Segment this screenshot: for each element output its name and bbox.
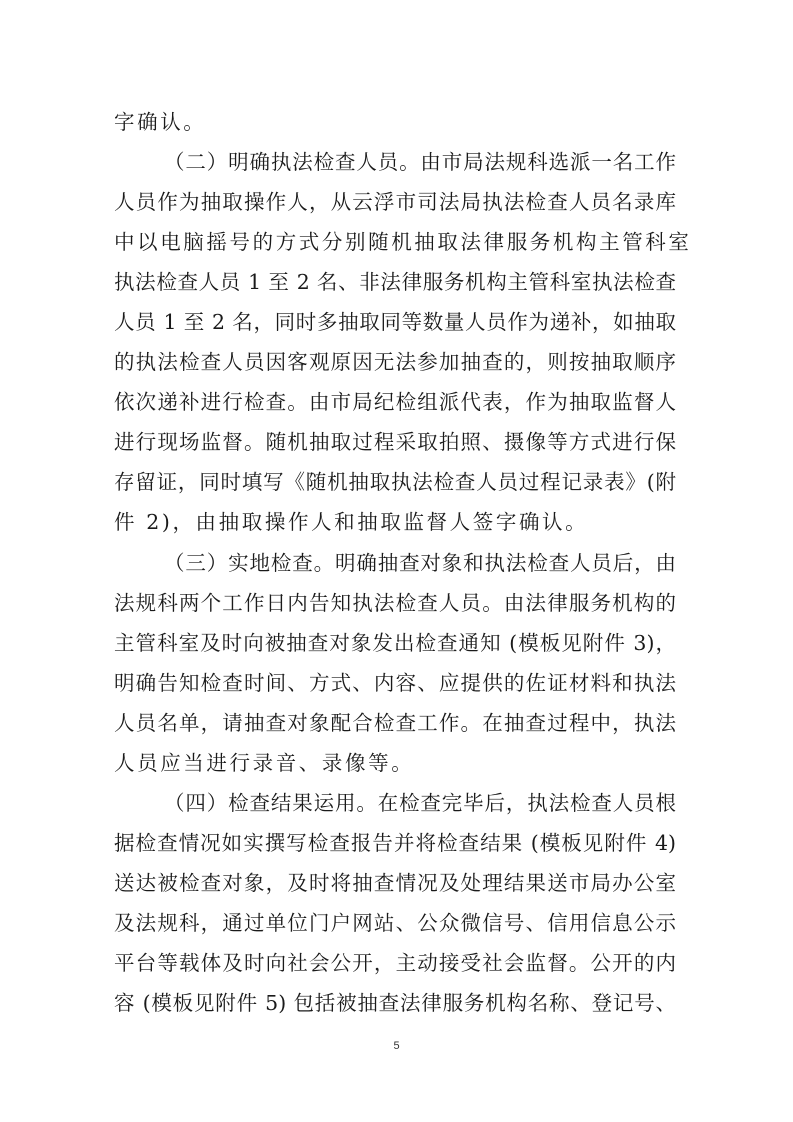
text-line: 人员应当进行录音、录像等。 [114,743,676,783]
text-line: 人员名单，请抽查对象配合检查工作。在抽查过程中，执法 [114,703,676,743]
text-line: 法规科两个工作日内告知执法检查人员。由法律服务机构的 [114,583,676,623]
text-line: （二）明确执法检查人员。由市局法规科选派一名工作 [114,142,676,182]
document-page: 字确认。（二）明确执法检查人员。由市局法规科选派一名工作人员作为抽取操作人，从云… [0,0,793,1122]
text-line: 明确告知检查时间、方式、内容、应提供的佐证材料和执法 [114,663,676,703]
body-text: 字确认。（二）明确执法检查人员。由市局法规科选派一名工作人员作为抽取操作人，从云… [114,102,676,1023]
text-line: 中以电脑摇号的方式分别随机抽取法律服务机构主管科室 [114,222,676,262]
text-line: 容 (模板见附件 5) 包括被抽查法律服务机构名称、登记号、 [114,983,676,1023]
text-line: 件 2)，由抽取操作人和抽取监督人签字确认。 [114,502,676,542]
text-line: 及法规科，通过单位门户网站、公众微信号、信用信息公示 [114,903,676,943]
text-line: 人员 1 至 2 名，同时多抽取同等数量人员作为递补，如抽取 [114,302,676,342]
text-line: （三）实地检查。明确抽查对象和执法检查人员后，由 [114,543,676,583]
text-line: 平台等载体及时向社会公开，主动接受社会监督。公开的内 [114,943,676,983]
text-line: （四）检查结果运用。在检查完毕后，执法检查人员根 [114,783,676,823]
text-line: 进行现场监督。随机抽取过程采取拍照、摄像等方式进行保 [114,422,676,462]
page-number: 5 [0,1040,793,1052]
text-line: 字确认。 [114,102,676,142]
text-line: 依次递补进行检查。由市局纪检组派代表，作为抽取监督人 [114,382,676,422]
text-line: 存留证，同时填写《随机抽取执法检查人员过程记录表》(附 [114,462,676,502]
text-line: 执法检查人员 1 至 2 名、非法律服务机构主管科室执法检查 [114,262,676,302]
text-line: 主管科室及时向被抽查对象发出检查通知 (模板见附件 3)， [114,623,676,663]
text-line: 送达被检查对象，及时将抽查情况及处理结果送市局办公室 [114,863,676,903]
text-line: 据检查情况如实撰写检查报告并将检查结果 (模板见附件 4) [114,823,676,863]
text-line: 人员作为抽取操作人，从云浮市司法局执法检查人员名录库 [114,182,676,222]
text-line: 的执法检查人员因客观原因无法参加抽查的，则按抽取顺序 [114,342,676,382]
